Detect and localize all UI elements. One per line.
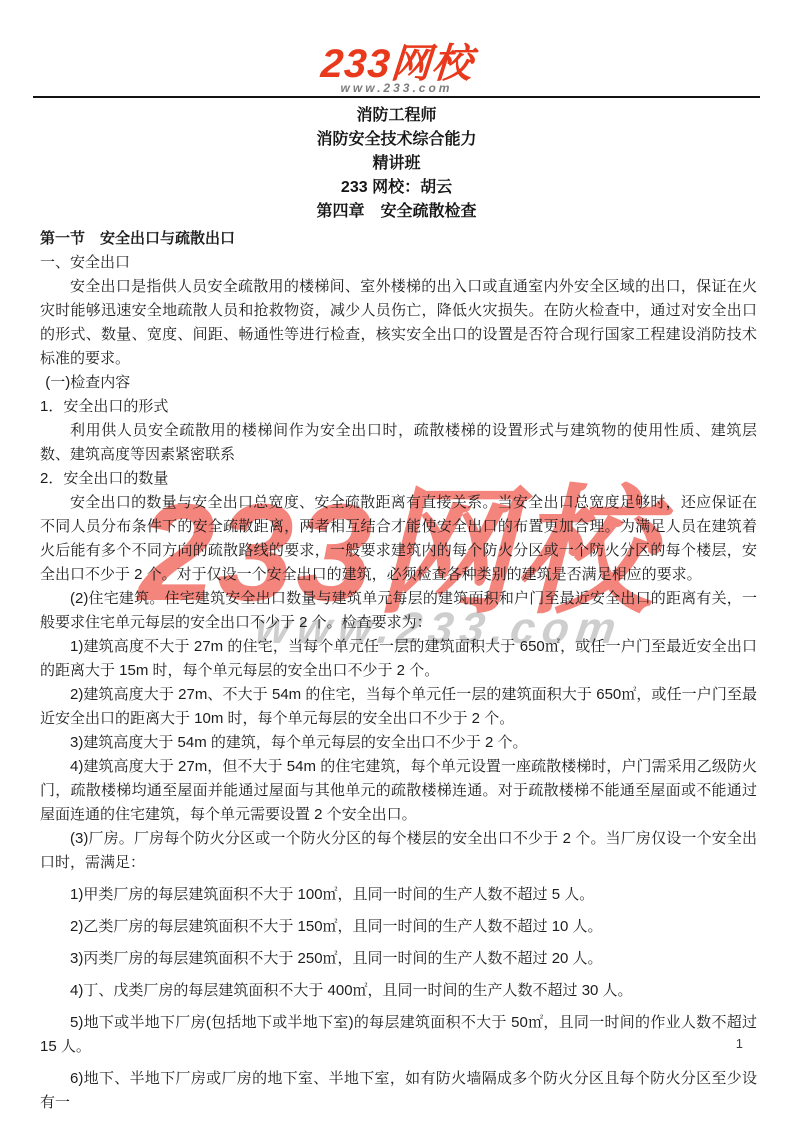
paragraph: 1)甲类厂房的每层建筑面积不大于 100㎡，且同一时间的生产人数不超过 5 人。 [40,883,757,907]
paragraph: 3)丙类厂房的每层建筑面积不大于 250㎡，且同一时间的生产人数不超过 20 人… [40,947,757,971]
title-line: 消防安全技术综合能力 [0,128,793,152]
paragraph: 3)建筑高度大于 54m 的建筑，每个单元每层的安全出口不少于 2 个。 [40,731,757,755]
title-line: 消防工程师 [0,104,793,128]
page-number: 1 [736,1036,743,1051]
logo-text: 233网校 [319,44,474,84]
header-divider [33,96,760,98]
paragraph: (3)厂房。厂房每个防火分区或一个防火分区的每个楼层的安全出口不少于 2 个。当… [40,827,757,875]
document-page: 233网校 www.233.com 消防工程师消防安全技术综合能力精讲班233 … [0,0,793,1122]
paragraph: 1)建筑高度不大于 27m 的住宅，当每个单元任一层的建筑面积大于 650㎡，或… [40,635,757,683]
page-header: 233网校 www.233.com [0,0,793,98]
paragraph: 2．安全出口的数量 [40,467,757,491]
title-line: 精讲班 [0,152,793,176]
paragraph: 利用供人员安全疏散用的楼梯间作为安全出口时，疏散楼梯的设置形式与建筑物的使用性质… [40,419,757,467]
paragraph: 安全出口的数量与安全出口总宽度、安全疏散距离有直接关系。当安全出口总宽度足够时，… [40,491,757,587]
section-heading: 第一节 安全出口与疏散出口 [40,227,757,251]
paragraph: 6)地下、半地下厂房或厂房的地下室、半地下室，如有防火墙隔成多个防火分区且每个防… [40,1067,757,1115]
paragraph: 2)乙类厂房的每层建筑面积不大于 150㎡，且同一时间的生产人数不超过 10 人… [40,915,757,939]
paragraph: 安全出口是指供人员安全疏散用的楼梯间、室外楼梯的出入口或直通室内外安全区域的出口… [40,275,757,371]
paragraph: 一、安全出口 [40,251,757,275]
paragraph: 1．安全出口的形式 [40,395,757,419]
paragraph: 5)地下或半地下厂房(包括地下或半地下室)的每层建筑面积不大于 50㎡，且同一时… [40,1011,757,1059]
logo-233wx: 233网校 www.233.com [0,44,793,95]
paragraph: 4)丁、戊类厂房的每层建筑面积不大于 400㎡，且同一时间的生产人数不超过 30… [40,979,757,1003]
document-body: 第一节 安全出口与疏散出口一、安全出口安全出口是指供人员安全疏散用的楼梯间、室外… [40,227,757,1115]
paragraph: 4)建筑高度大于 27m，但不大于 54m 的住宅建筑，每个单元设置一座疏散楼梯… [40,755,757,827]
paragraph: (一)检查内容 [40,371,757,395]
title-block: 消防工程师消防安全技术综合能力精讲班233 网校：胡云第四章 安全疏散检查 [0,104,793,224]
title-line: 233 网校：胡云 [0,176,793,200]
paragraph: (2)住宅建筑。住宅建筑安全出口数量与建筑单元每层的建筑面积和户门至最近安全出口… [40,587,757,635]
title-line: 第四章 安全疏散检查 [0,200,793,224]
paragraph: 2)建筑高度大于 27m、不大于 54m 的住宅，当每个单元任一层的建筑面积大于… [40,683,757,731]
